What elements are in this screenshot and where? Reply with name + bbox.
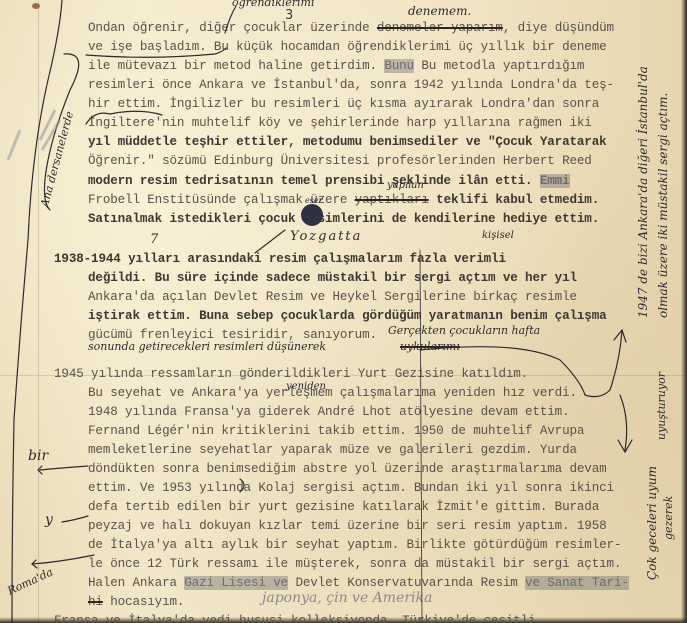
typed-line: le önce 12 Türk ressamı ile müşterek, so… bbox=[88, 555, 621, 573]
typed-line: iştirak ettim. Buna sebep çocuklarda gör… bbox=[88, 307, 607, 325]
handwritten-correction: denemem. bbox=[408, 4, 471, 18]
typed-line: ettim. Ve 1953 yılında Kolaj sergisi açt… bbox=[88, 479, 614, 497]
handwritten-note: kişisel bbox=[482, 230, 514, 241]
ink-blot bbox=[301, 204, 323, 226]
typed-line: Öğrenir." sözümü Edinburg Üniversitesi p… bbox=[88, 152, 592, 170]
handwritten-margin-note: Roma'da bbox=[6, 565, 55, 597]
handwritten-note: Gerçekten çocukların hafta bbox=[388, 324, 540, 337]
page-edge-shadow bbox=[681, 0, 687, 623]
typed-line: 1938-1944 yılları arasındaki resim çalış… bbox=[54, 250, 506, 268]
pencil-note: japonya, çin ve Amerika bbox=[262, 590, 432, 606]
typed-line: Fransa ve İtalya'da yedi hususi kolleksi… bbox=[54, 612, 536, 623]
struck-text: denemeler yaparım bbox=[377, 21, 503, 35]
typed-line: Ankara'da açılan Devlet Resim ve Heykel … bbox=[88, 288, 577, 306]
typed-line: Bu seyehat ve Ankara'ya yerleşmem çalışm… bbox=[88, 384, 577, 402]
typed-line: Satınalmak istedikleri çocuk resimlerini… bbox=[88, 210, 599, 228]
typed-line: de İtalya'ya altı aylık bir seyhat yaptı… bbox=[88, 536, 621, 554]
handwritten-margin-note: Çok geceleri uyum bbox=[645, 466, 659, 580]
typed-line: yıl müddetle teşhir ettiler, metodumu be… bbox=[88, 133, 607, 151]
stain-spot bbox=[32, 3, 40, 9]
handwritten-margin-note: Ana dersanelerde bbox=[38, 110, 76, 209]
handwritten-margin-note: 1947 de bizi Ankara'da diğeri İstanbul'd… bbox=[636, 66, 650, 318]
typed-line: Ondan öğrenir, diğer çocuklar üzerinde d… bbox=[88, 19, 614, 37]
scanned-document-page: 3 Ondan öğrenir, diğer çocuklar üzerinde… bbox=[0, 0, 687, 623]
struck-text: ve Sanat Tari- bbox=[525, 576, 629, 590]
typed-line: peyzaj ve halı dokuyan kızlar temi üzeri… bbox=[88, 517, 607, 535]
struck-text: Gazi Lisesi ve bbox=[184, 576, 288, 590]
handwritten-margin-note: uyuşturuyor bbox=[655, 372, 668, 440]
handwritten-correction: yeniden bbox=[286, 381, 326, 392]
handwritten-note: sonunda getirecekleri resimleri düşünere… bbox=[88, 340, 326, 353]
paper-fold-vertical bbox=[38, 0, 39, 623]
handwritten-margin-note: gezerek bbox=[662, 496, 675, 540]
struck-text: yaptıkları bbox=[355, 193, 429, 207]
typed-line: defa tertib edilen bir yurt gezisine kat… bbox=[88, 498, 599, 516]
handwritten-year-correction: 7 bbox=[150, 232, 158, 247]
typed-line: ve işe başladım. Bu küçük hocamdan öğren… bbox=[88, 38, 607, 56]
typed-line: hi hocasıyım. bbox=[88, 593, 184, 611]
typed-line: İngiltere'nin muhtelif köy ve şehirlerin… bbox=[88, 114, 592, 132]
handwritten-correction: yapılan bbox=[387, 180, 424, 191]
typed-line: ile mütevazı bir metod haline getirdim. … bbox=[88, 57, 584, 75]
typed-line: 1948 yılında Fransa'ya giderek André Lho… bbox=[88, 403, 570, 421]
typed-line: hir ettim. İngilizler bu resimleri üç kı… bbox=[88, 95, 599, 113]
handwritten-margin-note: y bbox=[45, 512, 53, 528]
struck-text: Bunu bbox=[384, 59, 414, 73]
typed-line: Fernand Légér'nin kritiklerini takib ett… bbox=[88, 422, 584, 440]
struck-text: Emmi bbox=[540, 174, 570, 188]
handwritten-note: Yozgatta bbox=[290, 229, 362, 244]
handwritten-insert: öğrendiklerimi bbox=[232, 0, 315, 9]
handwritten-struck-note: uykularımı bbox=[400, 340, 460, 353]
handwritten-margin-note: olmak üzere iki müstakil sergi açtım. bbox=[656, 93, 670, 318]
struck-text: hi bbox=[88, 595, 103, 609]
typed-line: resimleri önce Ankara ve İstanbul'da, so… bbox=[88, 76, 614, 94]
typed-line: döndükten sonra benimsediğim abstre yol … bbox=[88, 460, 607, 478]
typed-line: değildi. Bu süre içinde sadece müstakil … bbox=[88, 269, 577, 287]
typed-line: modern resim tedrisatının temel prensibi… bbox=[88, 172, 570, 190]
handwritten-correction: eser bbox=[305, 196, 322, 205]
typed-line: Frobell Enstitüsünde çalışmak üzere yapt… bbox=[88, 191, 599, 209]
typed-line: memleketlerine seyehatlar yaparak müze v… bbox=[88, 441, 577, 459]
handwritten-margin-note: bir bbox=[28, 448, 48, 464]
